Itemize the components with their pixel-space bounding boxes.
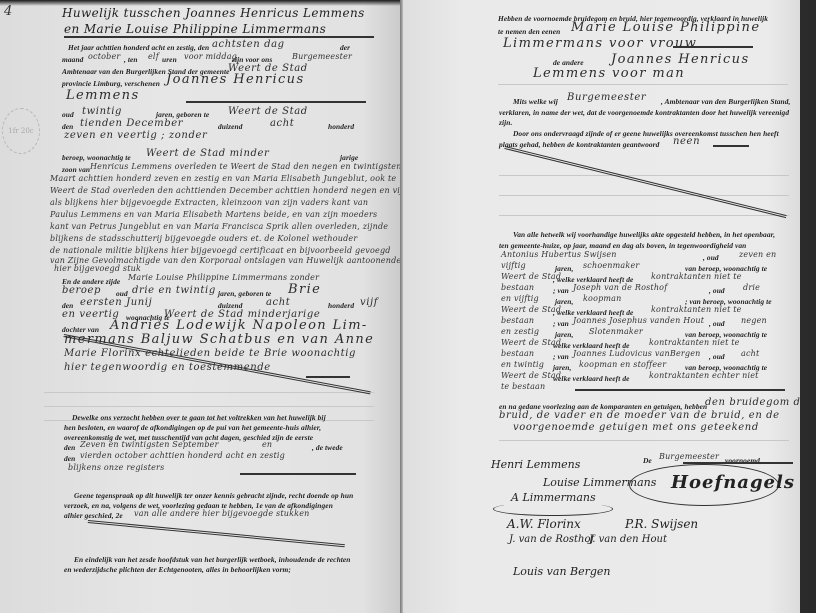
- rp-wit-l6-print: ; van: [553, 286, 569, 295]
- para6-l1: En eindelijk van het zesde hoofdstuk van…: [74, 555, 351, 564]
- rp-wit-l6-hand: bestaan: [501, 283, 534, 292]
- fill-line: [240, 473, 356, 475]
- para4-hand3: blijkens onze registers: [68, 463, 164, 472]
- rp-wit-l10-hand2: Slotenmaker: [589, 327, 643, 336]
- ruled-line: [499, 175, 789, 176]
- para2-l3-hand: zeven en veertig ; zonder: [64, 130, 207, 141]
- para1-l4-print: provincie Limburg, verschenen: [62, 79, 160, 88]
- para3-l1-print2: jarige: [340, 153, 358, 162]
- mayor-line-print2: voornoemd,: [725, 456, 762, 465]
- para1-l2-hand4: Burgemeester: [292, 52, 352, 61]
- bride-l7-hand: Marie Florinx echtelieden beide te Brie …: [64, 348, 356, 359]
- rp-wit-l9-hand: bestaan: [501, 316, 534, 325]
- rp-wit-l14-hand2: kontraktanten echter niet: [649, 371, 759, 380]
- para3-l6-hand: Paulus Lemmens en van Maria Elisabeth Ma…: [50, 210, 377, 219]
- bride-l2-print2: jaren, geboren te: [218, 289, 271, 298]
- rp-para2-l1-print2: , Ambtenaar van den Burgerlijken Stand,: [661, 97, 791, 106]
- rp-wit-l11-hand2: kontraktanten niet te: [649, 338, 740, 347]
- para2-l2-hand2: acht: [270, 118, 294, 129]
- para2-l2-hand: tienden December: [80, 118, 183, 129]
- rp-wit-l3-print: , oud: [703, 253, 719, 262]
- para4-hand2: vierden october achttien honderd acht en…: [80, 451, 285, 460]
- ruled-line: [44, 392, 374, 393]
- para1-l2-print3: uren: [162, 55, 177, 64]
- bride-l2-hand2: drie en twintig: [132, 285, 216, 296]
- para1-l2-hand: october: [88, 52, 120, 61]
- rp-para2-l5-print: plaats gehad, hebben de kontraktanten ge…: [499, 140, 659, 149]
- bride-l2-hand: beroep: [62, 285, 101, 296]
- page-edge: [800, 0, 808, 613]
- right-page: Hebben de voornoemde bruidegom en bruid,…: [403, 0, 808, 613]
- bride-l5-hand: Andries Lodewijk Napoleon Lim-: [110, 318, 368, 333]
- para3-l5-hand: als blijkens hier bijgevoegde Extracten,…: [50, 198, 368, 207]
- signature-witness-2: J. van de Rosthof: [509, 534, 594, 545]
- para3-l2-print: zoon van: [62, 165, 90, 174]
- bride-l3-hand3: vijf: [360, 297, 378, 308]
- rp-para2-l5-hand: neen: [673, 136, 700, 147]
- para1-l2-hand3: voor middag: [184, 52, 237, 61]
- rp-para2-l1-hand: Burgemeester: [567, 92, 646, 103]
- para3-l1-hand: Weert de Stad minder: [146, 148, 269, 159]
- signature-witness-4: Louis van Bergen: [513, 565, 611, 578]
- rp-para2-l3: zijn.: [499, 118, 512, 127]
- fill-line: [673, 46, 753, 48]
- signature-groom: Henri Lemmens: [491, 458, 580, 471]
- rp-wit-l7-hand2: koopman: [583, 294, 622, 303]
- title-underline: [64, 36, 374, 38]
- bride-l3-hand2: acht: [266, 297, 290, 308]
- bride-l1-hand: Marie Louise Philippine Limmermans zonde…: [128, 273, 319, 282]
- bride-l3-hand: eersten Junij: [80, 297, 152, 308]
- revenue-stamp: 1fr 20c: [2, 108, 40, 154]
- para2-l1-hand2: Weert de Stad: [228, 106, 308, 117]
- stamp-text: 1fr 20c: [8, 127, 33, 135]
- rp-wit-l3-hand2: zeven en: [739, 250, 776, 259]
- signature-bride-mother: A.W. Florinx: [507, 517, 581, 531]
- bride-l2-hand3: Brie: [288, 282, 321, 297]
- para4-l5: den: [64, 454, 75, 463]
- rp-wit-l15-hand: te bestaan: [501, 382, 545, 391]
- rp-para2-l4: Door ons ondervraagd zijnde of er geene …: [513, 129, 779, 138]
- rp-para1-l2-print: te nemen den eenen: [498, 27, 560, 36]
- rp-wit-l12-hand3: acht: [741, 349, 759, 358]
- para3-l3-hand: Maart achttien honderd zeven en zestig e…: [50, 174, 396, 183]
- rp-read-l2-hand: bruid, de vader en de moeder van de brui…: [499, 410, 780, 421]
- para4-l4: den: [64, 443, 75, 452]
- rp-wit-l12-print2: , oud: [709, 352, 725, 361]
- para1-l4-hand: Joannes Henricus: [166, 72, 305, 87]
- rp-para2-l2: verklaren, in name der wet, dat de voorg…: [499, 108, 789, 117]
- rp-wit-l12-hand: bestaan: [501, 349, 534, 358]
- para4-l2: hen besloten, en waarof de afkondigingen…: [64, 423, 321, 432]
- rp-wit-l6-print2: , oud: [709, 286, 725, 295]
- rp-wit-l4-hand: vijftig: [501, 261, 526, 270]
- rp-wit-l13-hand2: koopman en stoffeer: [579, 360, 666, 369]
- para4-print-mid: , de twede: [312, 443, 343, 452]
- signature-flourish: [493, 502, 613, 516]
- bride-l3-print3: honderd: [328, 301, 354, 310]
- rp-wit-l3-hand: Antonius Hubertus Swijsen: [501, 250, 617, 259]
- strike-through-line: [88, 520, 345, 547]
- para1-l1-print: Het jaar achttien honderd acht en zestig…: [68, 43, 209, 52]
- para3-l8-hand: blijkens de stadsschutterij bijgevoegde …: [50, 234, 357, 243]
- rp-wit-l2: ten gemeente-huize, op jaar, maand en da…: [499, 241, 746, 250]
- mayor-line-print: De: [643, 456, 652, 465]
- rp-wit-l5-hand2: kontraktanten niet te: [651, 272, 742, 281]
- rp-wit-l6-hand2: Joseph van de Rosthof: [573, 283, 667, 292]
- rp-wit-l4-hand2: schoenmaker: [583, 261, 639, 270]
- rp-wit-l9-hand3: negen: [741, 316, 767, 325]
- strike-through-line: [504, 146, 786, 218]
- mayor-line-hand: Burgemeester: [659, 452, 719, 461]
- rp-wit-l9-print2: , oud: [709, 319, 725, 328]
- rp-wit-l14-print: welke verklaard heeft de: [553, 374, 630, 383]
- rp-wit-l12-hand2: Joannes Ludovicus vanBergen: [573, 349, 701, 358]
- rp-para1-l3-hand: Limmermans voor vrouw: [503, 36, 697, 51]
- para1-l5-hand: Lemmens: [66, 88, 140, 103]
- para6-l2: en wederzijdsche plichten der Echtgenoot…: [64, 565, 291, 574]
- fill-line: [713, 145, 749, 147]
- rp-read-l3-hand: voorgenoemde getuigen met ons geteekend: [513, 422, 759, 433]
- para2-l2-print3: honderd: [328, 122, 354, 131]
- rp-wit-l7-hand: en vijftig: [501, 294, 539, 303]
- para2-l2-print2: duizend: [218, 122, 243, 131]
- page-number: 4: [4, 4, 12, 19]
- rp-para1-l5-hand: Lemmens voor man: [533, 66, 685, 81]
- rp-wit-l10-hand: en zestig: [501, 327, 539, 336]
- para2-l1-hand: twintig: [82, 106, 122, 117]
- rp-wit-l12-print: ; van: [553, 352, 569, 361]
- para5-l3: alhier geschied, 2e: [64, 511, 123, 520]
- rp-wit-l13-hand: en twintig: [501, 360, 544, 369]
- para3-l1-print: beroep, woonachtig te: [62, 153, 131, 162]
- para1-l2-hand2: elf: [148, 52, 159, 61]
- para3-l9-hand: de nationale militie blijkens hier bijge…: [50, 246, 391, 255]
- rp-wit-l6-hand3: drie: [743, 283, 760, 292]
- para1-l1-end: der: [340, 43, 350, 52]
- para4-l1: Dewelke ons verzocht hebben over te gaan…: [72, 413, 326, 422]
- signature-witness-3: J. van den Hout: [589, 534, 667, 545]
- rp-para1-l4-hand: Joannes Henricus: [611, 52, 750, 67]
- fill-line: [575, 389, 785, 391]
- ruled-line: [44, 406, 374, 407]
- para1-l2-print2: , ten: [124, 55, 138, 64]
- fill-line: [186, 101, 366, 103]
- title-line-1: Huwelijk tusschen Joannes Henricus Lemme…: [62, 6, 365, 20]
- left-page: 1fr 20c 4 Huwelijk tusschen Joannes Henr…: [0, 0, 403, 613]
- rp-wit-l1: Van alle hetwelk wij voorhandige huwelij…: [513, 230, 775, 239]
- fill-line: [306, 376, 350, 378]
- rp-wit-l9-print: ; van: [553, 319, 569, 328]
- para3-l7-hand: kant van Petrus Jungeblut en van Maria F…: [50, 222, 388, 231]
- ruled-line: [498, 84, 788, 85]
- signature-witness-1: P.R. Swijsen: [625, 517, 698, 531]
- rp-read-l1-hand: den bruidegom de: [705, 397, 807, 408]
- para3-l11-hand: hier bijgevoegd stuk: [54, 264, 141, 273]
- ruled-line: [499, 195, 789, 196]
- para4-hand1: Zeven en twintigsten September: [80, 440, 219, 449]
- para1-l2-print: maand: [62, 55, 83, 64]
- rp-wit-l9-hand2: Joannes Josephus vanden Hout: [573, 316, 704, 325]
- title-line-2: en Marie Louise Philippine Limmermans: [64, 22, 326, 36]
- ruled-line: [499, 215, 789, 216]
- para5-l1: Geene tegenspraak op dit huwelijk ter on…: [74, 491, 353, 500]
- para3-l4-hand: Weert de Stad overleden den achttienden …: [50, 186, 403, 195]
- signature-mayor: Hoefnagels: [671, 472, 795, 493]
- para5-hand: van alle andere hier bijgevoegde stukken: [134, 509, 310, 518]
- rp-para2-l1-print: Mits welke wij: [513, 97, 558, 106]
- para3-l2-hand: Henricus Lemmens overleden te Weert de S…: [90, 162, 402, 171]
- para2-l1-print: oud: [62, 110, 74, 119]
- ruled-line: [499, 440, 789, 441]
- rp-wit-l8-hand2: kontraktanten niet te: [651, 305, 742, 314]
- para4-hand1-mid: en: [262, 440, 272, 449]
- rp-para1-l2-hand: Marie Louise Philippine: [571, 20, 760, 35]
- para1-l1-hand: achtsten dag: [212, 39, 285, 50]
